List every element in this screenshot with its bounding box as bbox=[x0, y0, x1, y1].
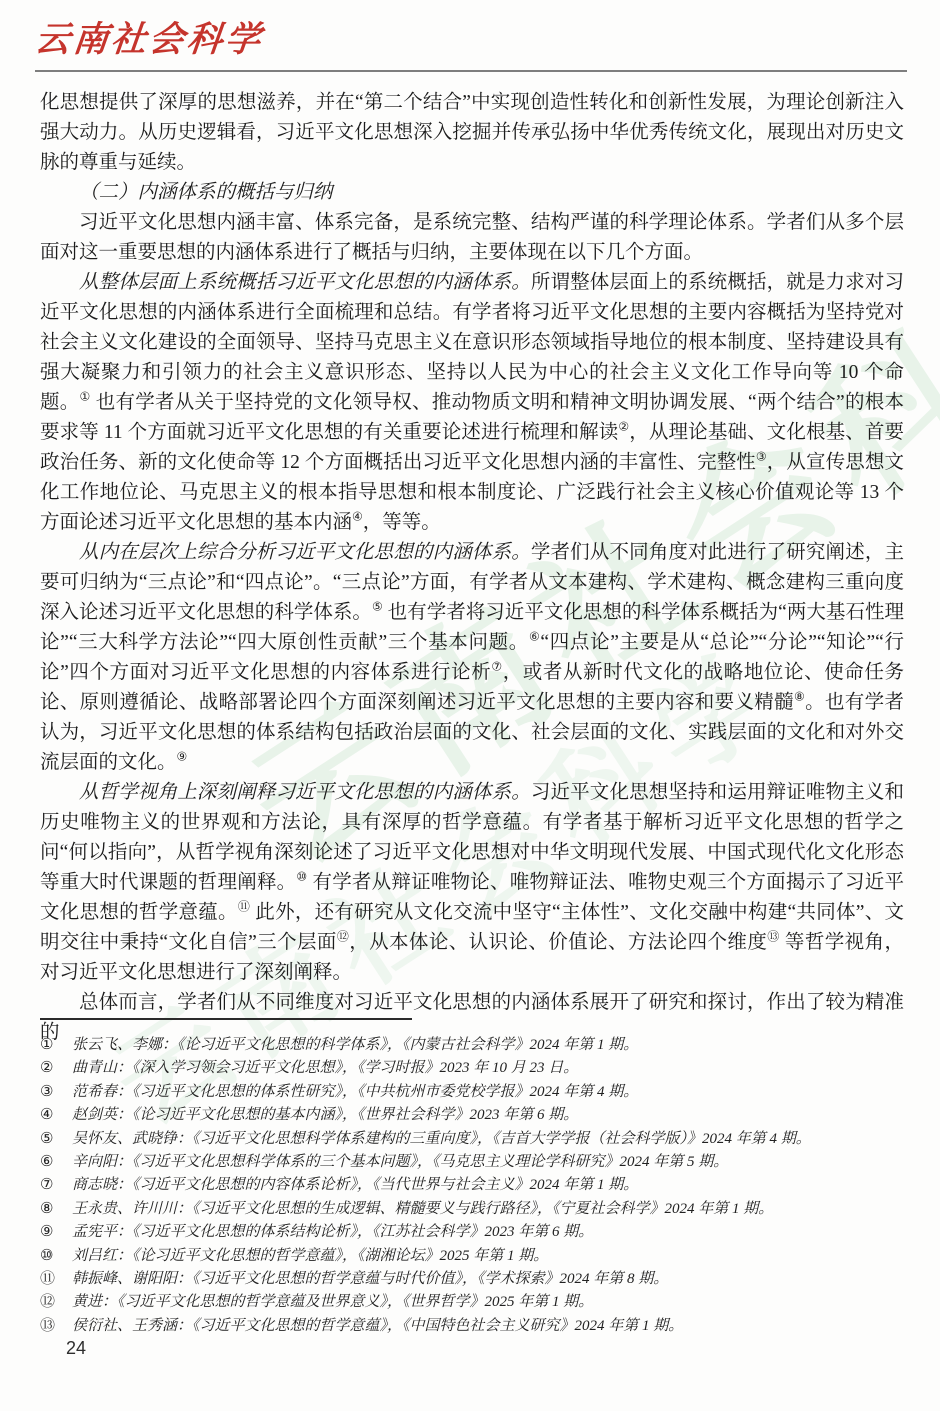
text-run: 从整体层面上系统概括习近平文化思想的内涵体系。 bbox=[79, 272, 531, 293]
footnote-ref: ⑪ bbox=[238, 900, 250, 914]
section-heading: （二）内涵体系的概括与归纳 bbox=[40, 178, 904, 208]
footnote-marker: ⑩ bbox=[40, 1245, 72, 1268]
footnote-marker: ⑦ bbox=[40, 1174, 72, 1197]
page-header: 云南社会科学 bbox=[35, 14, 907, 72]
footnote-ref: ⑬ bbox=[767, 930, 779, 944]
text-run: 化思想提供了深厚的思想滋养，并在“第二个结合”中实现创造性转化和创新性发展，为理… bbox=[40, 92, 904, 173]
footnote-marker: ⑧ bbox=[40, 1198, 72, 1221]
footnote-text: 孟宪平：《习近平文化思想的体系结构论析》，《江苏社会科学》2023 年第 6 期… bbox=[72, 1221, 906, 1244]
paragraph: 从整体层面上系统概括习近平文化思想的内涵体系。所谓整体层面上的系统概括，就是力求… bbox=[40, 268, 904, 538]
footnote-marker: ⑬ bbox=[40, 1315, 72, 1338]
footnote-item: ⑧王永贵、许川川：《习近平文化思想的生成逻辑、精髓要义与践行路径》，《宁夏社会科… bbox=[40, 1198, 906, 1221]
text-run: （二）内涵体系的概括与归纳 bbox=[79, 182, 333, 203]
footnote-marker: ⑨ bbox=[40, 1221, 72, 1244]
footnote-ref: ⑦ bbox=[491, 660, 502, 674]
paragraph: 从哲学视角上深刻阐释习近平文化思想的内涵体系。习近平文化思想坚持和运用辩证唯物主… bbox=[40, 778, 904, 988]
footnote-item: ④赵剑英：《论习近平文化思想的基本内涵》，《世界社会科学》2023 年第 6 期… bbox=[40, 1104, 906, 1127]
footnote-text: 韩振峰、谢阳阳：《习近平文化思想的哲学意蕴与时代价值》，《学术探索》2024 年… bbox=[72, 1268, 906, 1291]
footnote-text: 曲青山：《深入学习领会习近平文化思想》，《学习时报》2023 年 10 月 23… bbox=[72, 1057, 906, 1080]
footnote-marker: ⑪ bbox=[40, 1268, 72, 1291]
header-rule bbox=[35, 70, 907, 72]
footnote-ref: ⑩ bbox=[296, 870, 307, 884]
footnote-ref: ① bbox=[80, 390, 91, 404]
footnote-marker: ⑥ bbox=[40, 1151, 72, 1174]
footnote-marker: ⑤ bbox=[40, 1128, 72, 1151]
footnote-list: ①张云飞、李娜：《论习近平文化思想的科学体系》，《内蒙古社会科学》2024 年第… bbox=[40, 1034, 906, 1338]
footnote-text: 刘吕红：《论习近平文化思想的哲学意蕴》，《湖湘论坛》2025 年第 1 期。 bbox=[72, 1245, 906, 1268]
footnote-ref: ② bbox=[618, 420, 629, 434]
footnote-marker: ③ bbox=[40, 1081, 72, 1104]
footnote-item: ⑩刘吕红：《论习近平文化思想的哲学意蕴》，《湖湘论坛》2025 年第 1 期。 bbox=[40, 1245, 906, 1268]
paragraph: 习近平文化思想内涵丰富、体系完备，是系统完整、结构严谨的科学理论体系。学者们从多… bbox=[40, 208, 904, 268]
footnote-ref: ⑤ bbox=[372, 600, 383, 614]
footnote-item: ③范希春：《习近平文化思想的体系性研究》，《中共杭州市委党校学报》2024 年第… bbox=[40, 1081, 906, 1104]
footnote-marker: ④ bbox=[40, 1104, 72, 1127]
footnote-ref: ⑥ bbox=[529, 630, 540, 644]
footnote-text: 张云飞、李娜：《论习近平文化思想的科学体系》，《内蒙古社会科学》2024 年第 … bbox=[72, 1034, 906, 1057]
text-run: ，等等。 bbox=[363, 512, 441, 533]
journal-logo: 云南社会科学 bbox=[32, 14, 265, 66]
text-run: 从内在层次上综合分析习近平文化思想的内涵体系。 bbox=[79, 542, 531, 563]
footnote-item: ⑨孟宪平：《习近平文化思想的体系结构论析》，《江苏社会科学》2023 年第 6 … bbox=[40, 1221, 906, 1244]
paragraph: 从内在层次上综合分析习近平文化思想的内涵体系。学者们从不同角度对此进行了研究阐述… bbox=[40, 538, 904, 778]
footnote-text: 商志晓：《习近平文化思想的内容体系论析》，《当代世界与社会主义》2024 年第 … bbox=[72, 1174, 906, 1197]
footnote-marker: ⑫ bbox=[40, 1291, 72, 1314]
footnote-item: ⑦商志晓：《习近平文化思想的内容体系论析》，《当代世界与社会主义》2024 年第… bbox=[40, 1174, 906, 1197]
article-paragraphs: 化思想提供了深厚的思想滋养，并在“第二个结合”中实现创造性转化和创新性发展，为理… bbox=[40, 88, 904, 1048]
footnote-item: ②曲青山：《深入学习领会习近平文化思想》，《学习时报》2023 年 10 月 2… bbox=[40, 1057, 906, 1080]
footnote-text: 侯衍社、王秀涵：《习近平文化思想的哲学意蕴》，《中国特色社会主义研究》2024 … bbox=[72, 1315, 906, 1338]
footnote-item: ⑬侯衍社、王秀涵：《习近平文化思想的哲学意蕴》，《中国特色社会主义研究》2024… bbox=[40, 1315, 906, 1338]
footnote-ref: ③ bbox=[756, 450, 767, 464]
footnote-marker: ① bbox=[40, 1034, 72, 1057]
footnote-ref: ⑧ bbox=[794, 690, 805, 704]
footnote-block: ①张云飞、李娜：《论习近平文化思想的科学体系》，《内蒙古社会科学》2024 年第… bbox=[40, 1018, 906, 1338]
footnote-ref: ⑨ bbox=[177, 750, 188, 764]
footnote-ref: ④ bbox=[352, 510, 363, 524]
footnote-item: ⑤吴怀友、武晓铮：《习近平文化思想科学体系建构的三重向度》，《吉首大学学报（社会… bbox=[40, 1128, 906, 1151]
footnote-text: 吴怀友、武晓铮：《习近平文化思想科学体系建构的三重向度》，《吉首大学学报（社会科… bbox=[72, 1128, 906, 1151]
footnote-ref: ⑫ bbox=[337, 930, 349, 944]
footnote-text: 赵剑英：《论习近平文化思想的基本内涵》，《世界社会科学》2023 年第 6 期。 bbox=[72, 1104, 906, 1127]
footnote-text: 辛向阳：《习近平文化思想科学体系的三个基本问题》，《马克思主义理论学科研究》20… bbox=[72, 1151, 906, 1174]
text-run: 习近平文化思想内涵丰富、体系完备，是系统完整、结构严谨的科学理论体系。学者们从多… bbox=[40, 212, 904, 263]
footnote-item: ⑥辛向阳：《习近平文化思想科学体系的三个基本问题》，《马克思主义理论学科研究》2… bbox=[40, 1151, 906, 1174]
page-number: 24 bbox=[66, 1338, 86, 1359]
footnote-marker: ② bbox=[40, 1057, 72, 1080]
footnote-separator bbox=[40, 1018, 412, 1020]
footnote-item: ⑫黄进：《习近平文化思想的哲学意蕴及世界意义》，《世界哲学》2025 年第 1 … bbox=[40, 1291, 906, 1314]
footnote-text: 黄进：《习近平文化思想的哲学意蕴及世界意义》，《世界哲学》2025 年第 1 期… bbox=[72, 1291, 906, 1314]
text-run: ，从本体论、认识论、价值论、方法论四个维度 bbox=[349, 932, 767, 953]
footnote-text: 范希春：《习近平文化思想的体系性研究》，《中共杭州市委党校学报》2024 年第 … bbox=[72, 1081, 906, 1104]
text-run: 从哲学视角上深刻阐释习近平文化思想的内涵体系。 bbox=[79, 782, 531, 803]
footnote-text: 王永贵、许川川：《习近平文化思想的生成逻辑、精髓要义与践行路径》，《宁夏社会科学… bbox=[72, 1198, 906, 1221]
footnote-item: ⑪韩振峰、谢阳阳：《习近平文化思想的哲学意蕴与时代价值》，《学术探索》2024 … bbox=[40, 1268, 906, 1291]
footnote-item: ①张云飞、李娜：《论习近平文化思想的科学体系》，《内蒙古社会科学》2024 年第… bbox=[40, 1034, 906, 1057]
paragraph: 化思想提供了深厚的思想滋养，并在“第二个结合”中实现创造性转化和创新性发展，为理… bbox=[40, 88, 904, 178]
